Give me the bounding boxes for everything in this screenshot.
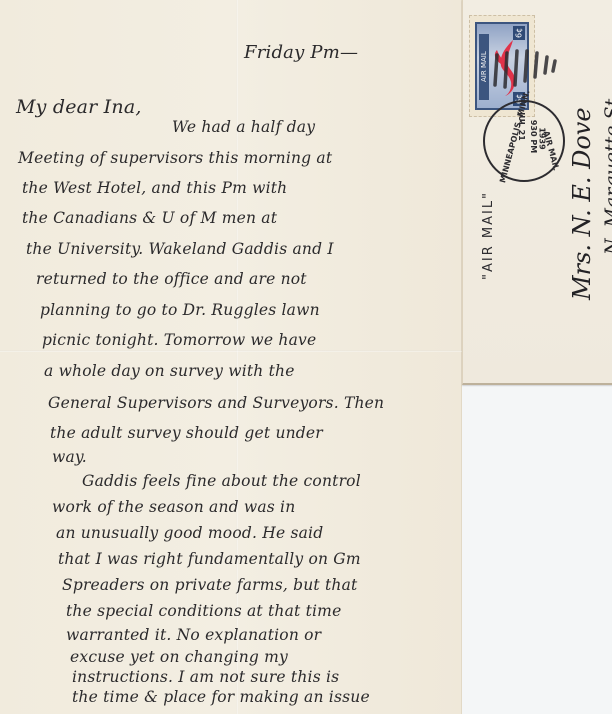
letter-date: Friday Pm— xyxy=(244,42,358,63)
letter-line: the Canadians & U of M men at xyxy=(22,209,277,227)
letter-line: warranted it. No explanation or xyxy=(66,626,321,644)
letter-line: excuse yet on changing my xyxy=(70,648,288,666)
letter-line: Spreaders on private farms, but that xyxy=(62,576,357,594)
letter-line: Gaddis feels fine about the control xyxy=(82,472,361,490)
letter-line: Meeting of supervisors this morning at xyxy=(18,149,332,167)
letter-line: the University. Wakeland Gaddis and I xyxy=(26,240,334,258)
stamp-value: 6¢ xyxy=(513,26,525,40)
fold-line-horizontal xyxy=(0,350,462,352)
airmail-envelope: AIR MAIL 6¢ 6¢ MINNEAPOLIS, MINN. JUL 21… xyxy=(462,0,612,385)
addressee-name: Mrs. N. E. Dove xyxy=(568,107,596,300)
letter-salutation: My dear Ina, xyxy=(16,96,142,118)
letter-line: the time & place for making an issue xyxy=(72,688,370,706)
letter-line: instructions. I am not sure this is xyxy=(72,668,339,686)
letter-line: an unusually good mood. He said xyxy=(56,524,323,542)
letter-line: returned to the office and are not xyxy=(36,270,307,288)
letter-line: General Supervisors and Surveyors. Then xyxy=(48,394,384,412)
airmail-handwritten-note: "AIR MAIL" xyxy=(481,191,496,280)
postmark: MINNEAPOLIS, MINN. JUL 21 930 PM 1939 AI… xyxy=(483,100,565,182)
letter-line: picnic tonight. Tomorrow we have xyxy=(42,331,316,349)
handwritten-letter: Friday Pm— My dear Ina, We had a half da… xyxy=(0,0,462,714)
cancellation-bars-icon xyxy=(493,45,573,95)
postmark-service: AIR MAIL xyxy=(542,130,561,171)
addressee-street: N. Marquette St. xyxy=(601,93,612,255)
letter-line: a whole day on survey with the xyxy=(44,362,295,380)
letter-line: work of the season and was in xyxy=(52,498,295,516)
letter-line: planning to go to Dr. Ruggles lawn xyxy=(40,301,320,319)
letter-line: We had a half day xyxy=(172,118,315,136)
letter-line: way. xyxy=(52,448,87,466)
letter-line: the West Hotel, and this Pm with xyxy=(22,179,287,197)
postmark-date: JUL 21 xyxy=(517,112,526,141)
letter-line: the adult survey should get under xyxy=(50,424,323,442)
stamp-label: AIR MAIL xyxy=(479,34,489,100)
letter-line: the special conditions at that time xyxy=(66,602,341,620)
letter-line: that I was right fundamentally on Gm xyxy=(58,550,361,568)
